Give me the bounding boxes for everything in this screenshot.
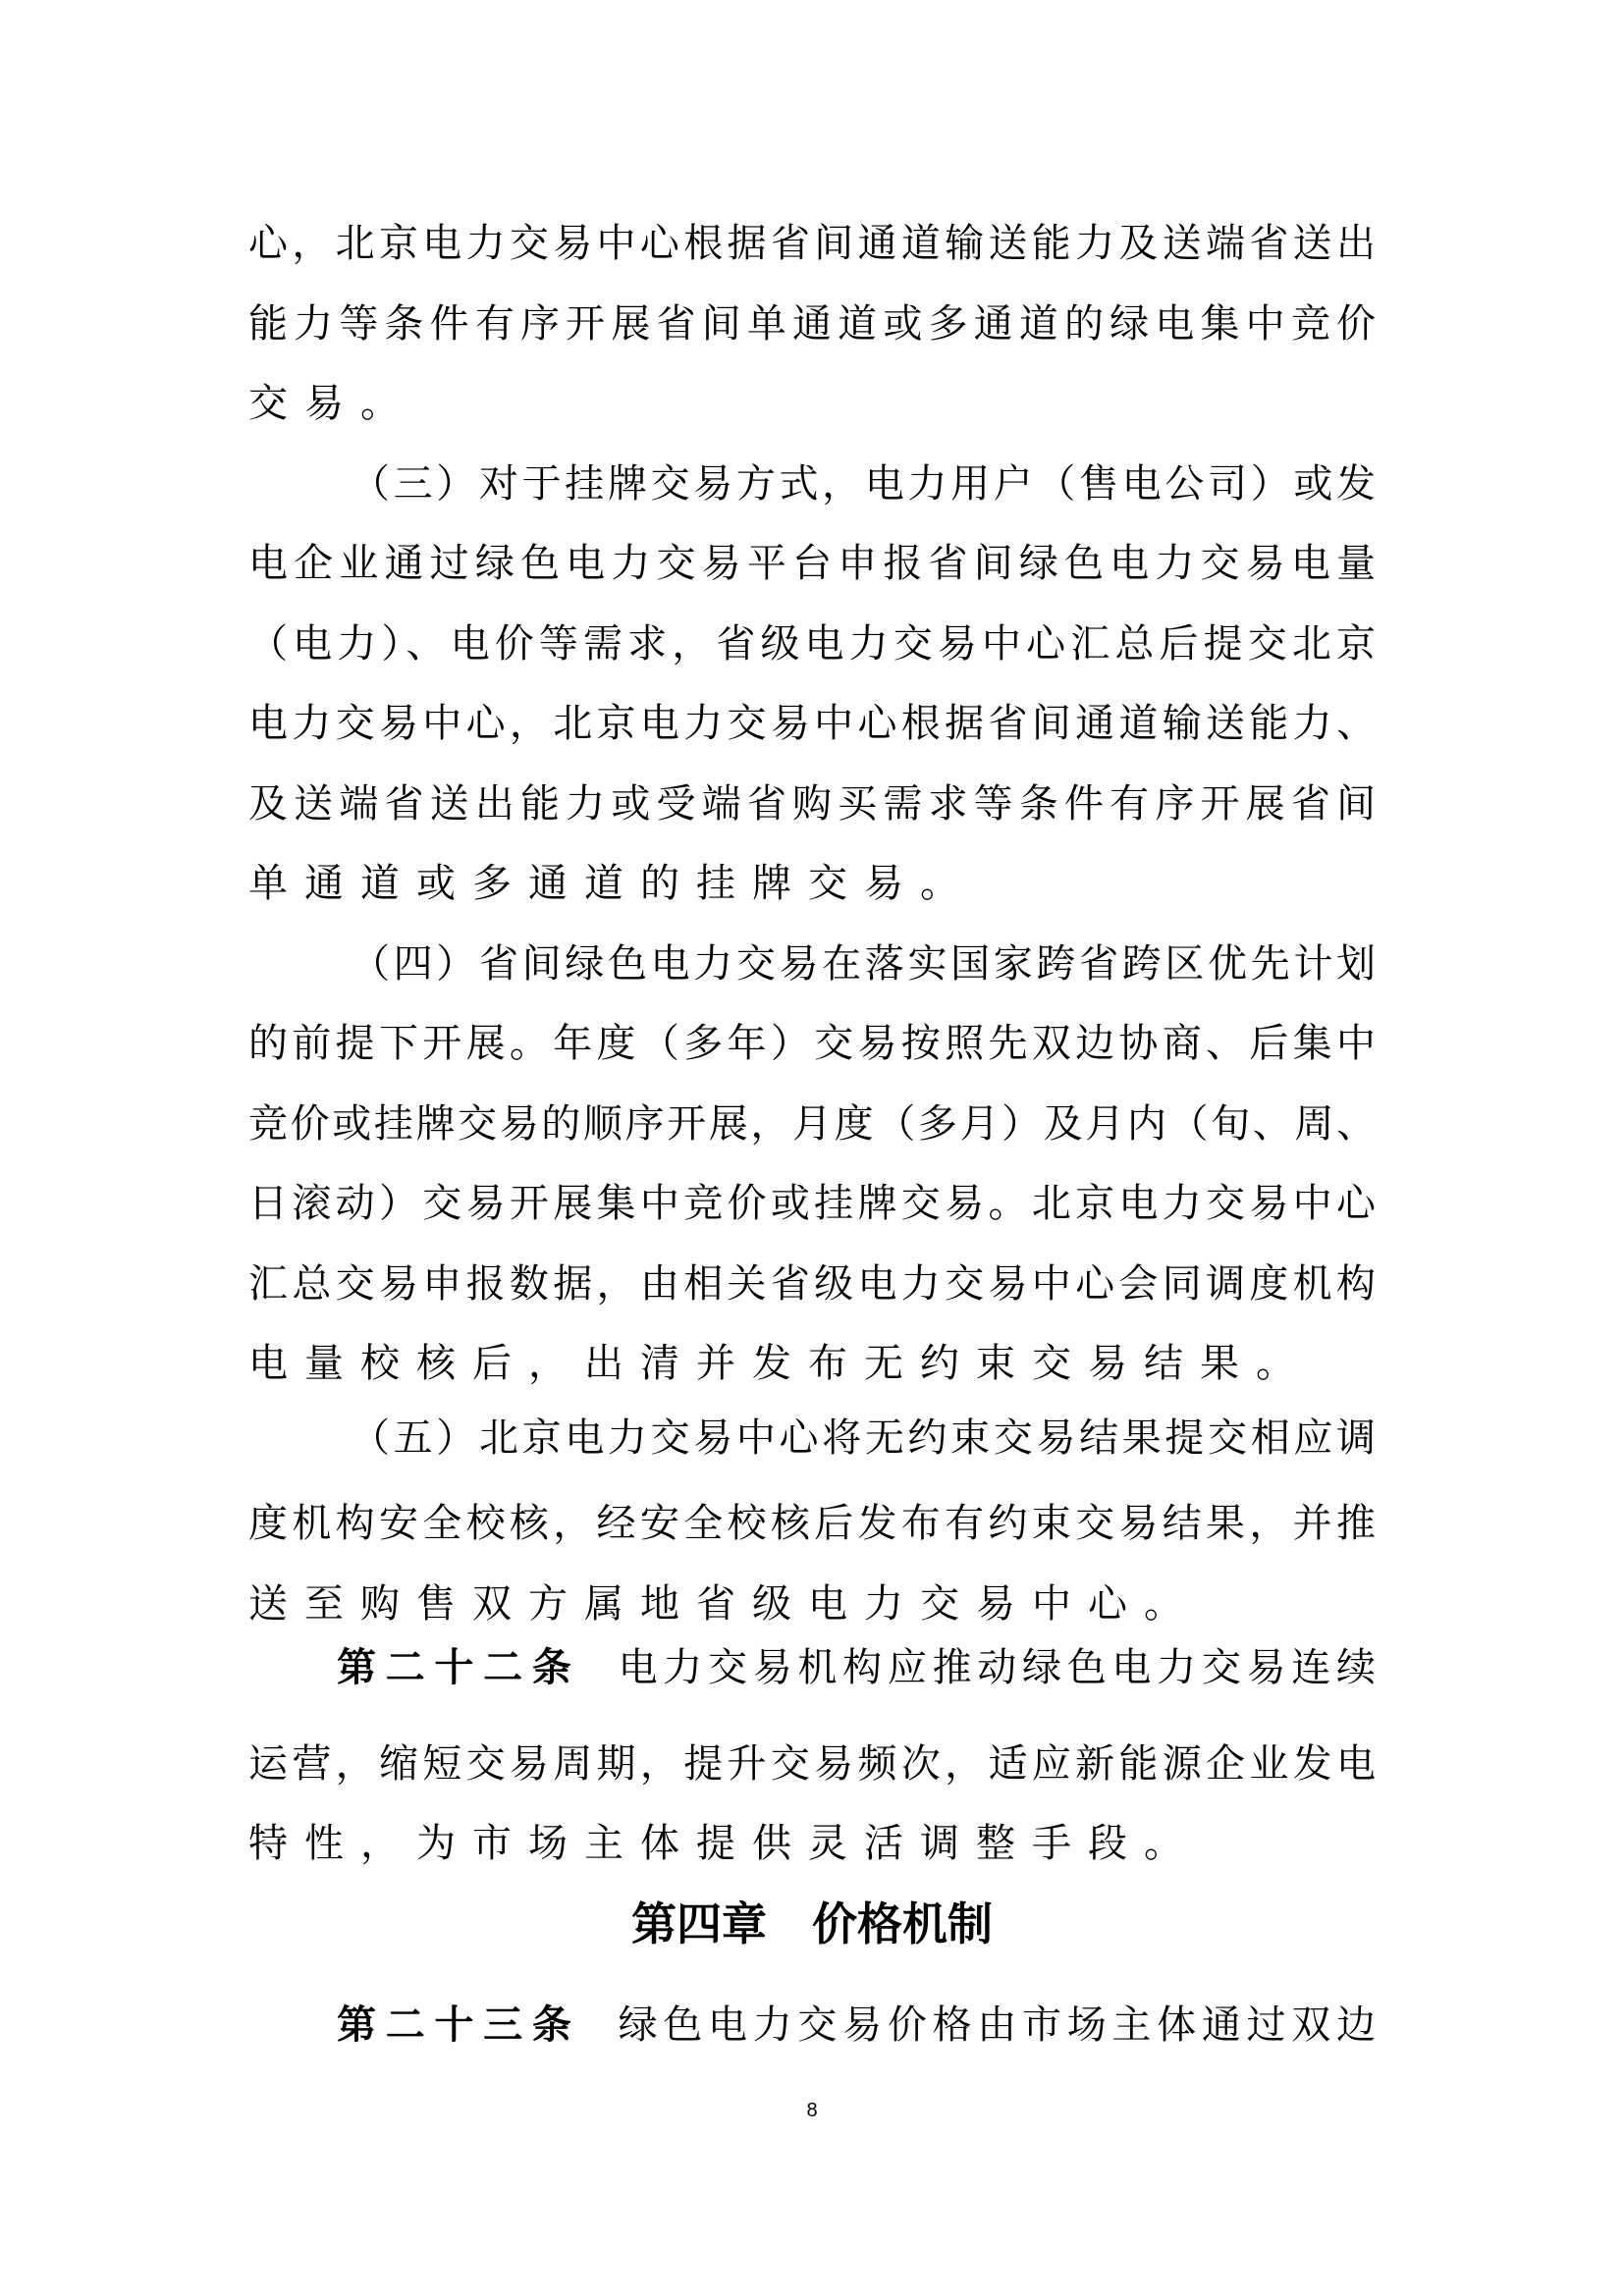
article-22-line: 第二十二条电力交易机构应推动绿色电力交易连续 (337, 1638, 1376, 1697)
text-line: 送至购售双方属地省级电力交易中心。 (248, 1575, 1376, 1633)
text-line: 特性，为市场主体提供灵活调整手段。 (248, 1814, 1376, 1873)
article-22-label: 第二十二条 (337, 1645, 581, 1690)
article-23-line: 第二十三条绿色电力交易价格由市场主体通过双边 (337, 1996, 1376, 2055)
article-22-text: 电力交易机构应推动绿色电力交易连续 (619, 1645, 1376, 1690)
chapter-heading: 第四章价格机制 (0, 1895, 1624, 1953)
text-line: 及送端省送出能力或受端省购买需求等条件有序开展省间 (248, 774, 1376, 833)
text-line: 度机构安全校核，经安全校核后发布有约束交易结果，并推 (248, 1494, 1376, 1553)
paragraph-3-start: （三）对于挂牌交易方式，电力用户（售电公司）或发 (351, 454, 1376, 513)
text-line: 竞价或挂牌交易的顺序开展，月度（多月）及月内（旬、周、 (248, 1095, 1376, 1153)
text-line: 电企业通过绿色电力交易平台申报省间绿色电力交易电量 (248, 534, 1376, 593)
text-line: 的前提下开展。年度（多年）交易按照先双边协商、后集中 (248, 1014, 1376, 1073)
chapter-number: 第四章 (631, 1897, 767, 1950)
text-line: 心，北京电力交易中心根据省间通道输送能力及送端省送出 (248, 214, 1376, 273)
paragraph-4-start: （四）省间绿色电力交易在落实国家跨省跨区优先计划 (351, 934, 1376, 993)
text-line: 汇总交易申报数据，由相关省级电力交易中心会同调度机构 (248, 1255, 1376, 1313)
text-line: 电力交易中心，北京电力交易中心根据省间通道输送能力、 (248, 694, 1376, 753)
document-page: 心，北京电力交易中心根据省间通道输送能力及送端省送出 能力等条件有序开展省间单通… (0, 0, 1624, 2296)
paragraph-5-start: （五）北京电力交易中心将无约束交易结果提交相应调 (351, 1409, 1376, 1468)
article-23-text: 绿色电力交易价格由市场主体通过双边 (619, 2002, 1376, 2048)
article-23-label: 第二十三条 (337, 2002, 581, 2048)
text-line: 电量校核后，出清并发布无约束交易结果。 (248, 1334, 1376, 1393)
text-line: 交易。 (248, 374, 1376, 433)
text-line: 运营，缩短交易周期，提升交易频次，适应新能源企业发电 (248, 1735, 1376, 1793)
text-line: （电力）、电价等需求，省级电力交易中心汇总后提交北京 (248, 614, 1376, 673)
text-line: 能力等条件有序开展省间单通道或多通道的绿电集中竞价 (248, 294, 1376, 353)
text-line: 单通道或多通道的挂牌交易。 (248, 854, 1376, 913)
chapter-title: 价格机制 (812, 1897, 993, 1950)
text-line: 日滚动）交易开展集中竞价或挂牌交易。北京电力交易中心 (248, 1174, 1376, 1233)
page-number: 8 (0, 2099, 1624, 2122)
